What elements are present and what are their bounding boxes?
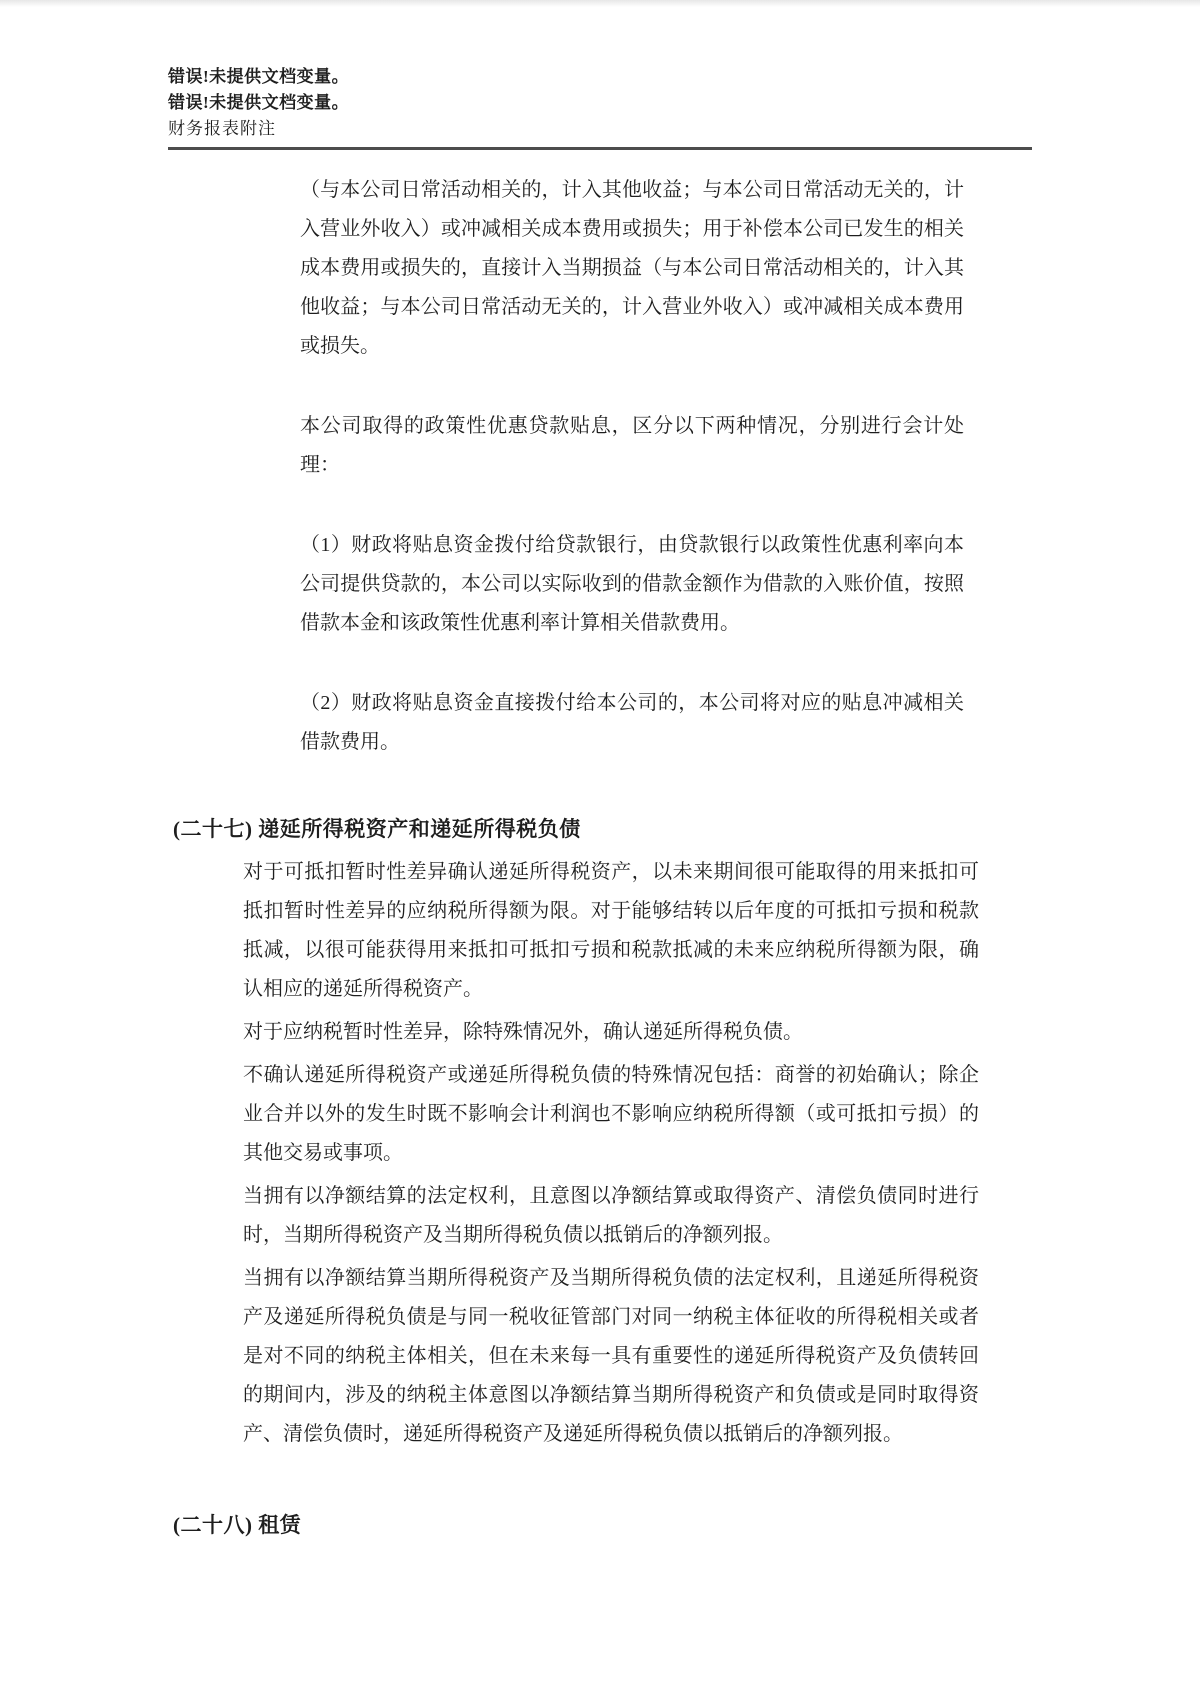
paragraph: （1）财政将贴息资金拨付给贷款银行，由贷款银行以政策性优惠利率向本公司提供贷款的… bbox=[300, 526, 964, 643]
doc-variable-error-line-1: 错误!未提供文档变量。 bbox=[168, 64, 1032, 90]
section-27-body: 对于可抵扣暂时性差异确认递延所得税资产，以未来期间很可能取得的用来抵扣可抵扣暂时… bbox=[243, 853, 979, 1454]
paragraph: 不确认递延所得税资产或递延所得税负债的特殊情况包括：商誉的初始确认；除企业合并以… bbox=[243, 1056, 979, 1173]
paragraph: 对于可抵扣暂时性差异确认递延所得税资产，以未来期间很可能取得的用来抵扣可抵扣暂时… bbox=[243, 853, 979, 1009]
document-page: 错误!未提供文档变量。 错误!未提供文档变量。 财务报表附注 （与本公司日常活动… bbox=[0, 0, 1200, 1697]
paragraph: 当拥有以净额结算当期所得税资产及当期所得税负债的法定权利，且递延所得税资产及递延… bbox=[243, 1259, 979, 1454]
header-divider bbox=[168, 147, 1032, 150]
intro-paragraph-block: （与本公司日常活动相关的，计入其他收益；与本公司日常活动无关的，计入营业外收入）… bbox=[300, 171, 964, 762]
paragraph: 当拥有以净额结算的法定权利，且意图以净额结算或取得资产、清偿负债同时进行时，当期… bbox=[243, 1177, 979, 1255]
doc-variable-error-line-2: 错误!未提供文档变量。 bbox=[168, 90, 1032, 116]
section-27-heading: (二十七) 递延所得税资产和递延所得税负债 bbox=[173, 814, 1032, 844]
paragraph: 对于应纳税暂时性差异，除特殊情况外，确认递延所得税负债。 bbox=[243, 1013, 979, 1052]
section-28-heading: (二十八) 租赁 bbox=[173, 1510, 1032, 1540]
paragraph: 本公司取得的政策性优惠贷款贴息，区分以下两种情况，分别进行会计处理： bbox=[300, 407, 964, 485]
document-header: 错误!未提供文档变量。 错误!未提供文档变量。 财务报表附注 bbox=[168, 64, 1032, 150]
paragraph: （2）财政将贴息资金直接拨付给本公司的，本公司将对应的贴息冲减相关借款费用。 bbox=[300, 684, 964, 762]
paragraph: （与本公司日常活动相关的，计入其他收益；与本公司日常活动无关的，计入营业外收入）… bbox=[300, 171, 964, 366]
header-subtitle: 财务报表附注 bbox=[168, 116, 1032, 142]
